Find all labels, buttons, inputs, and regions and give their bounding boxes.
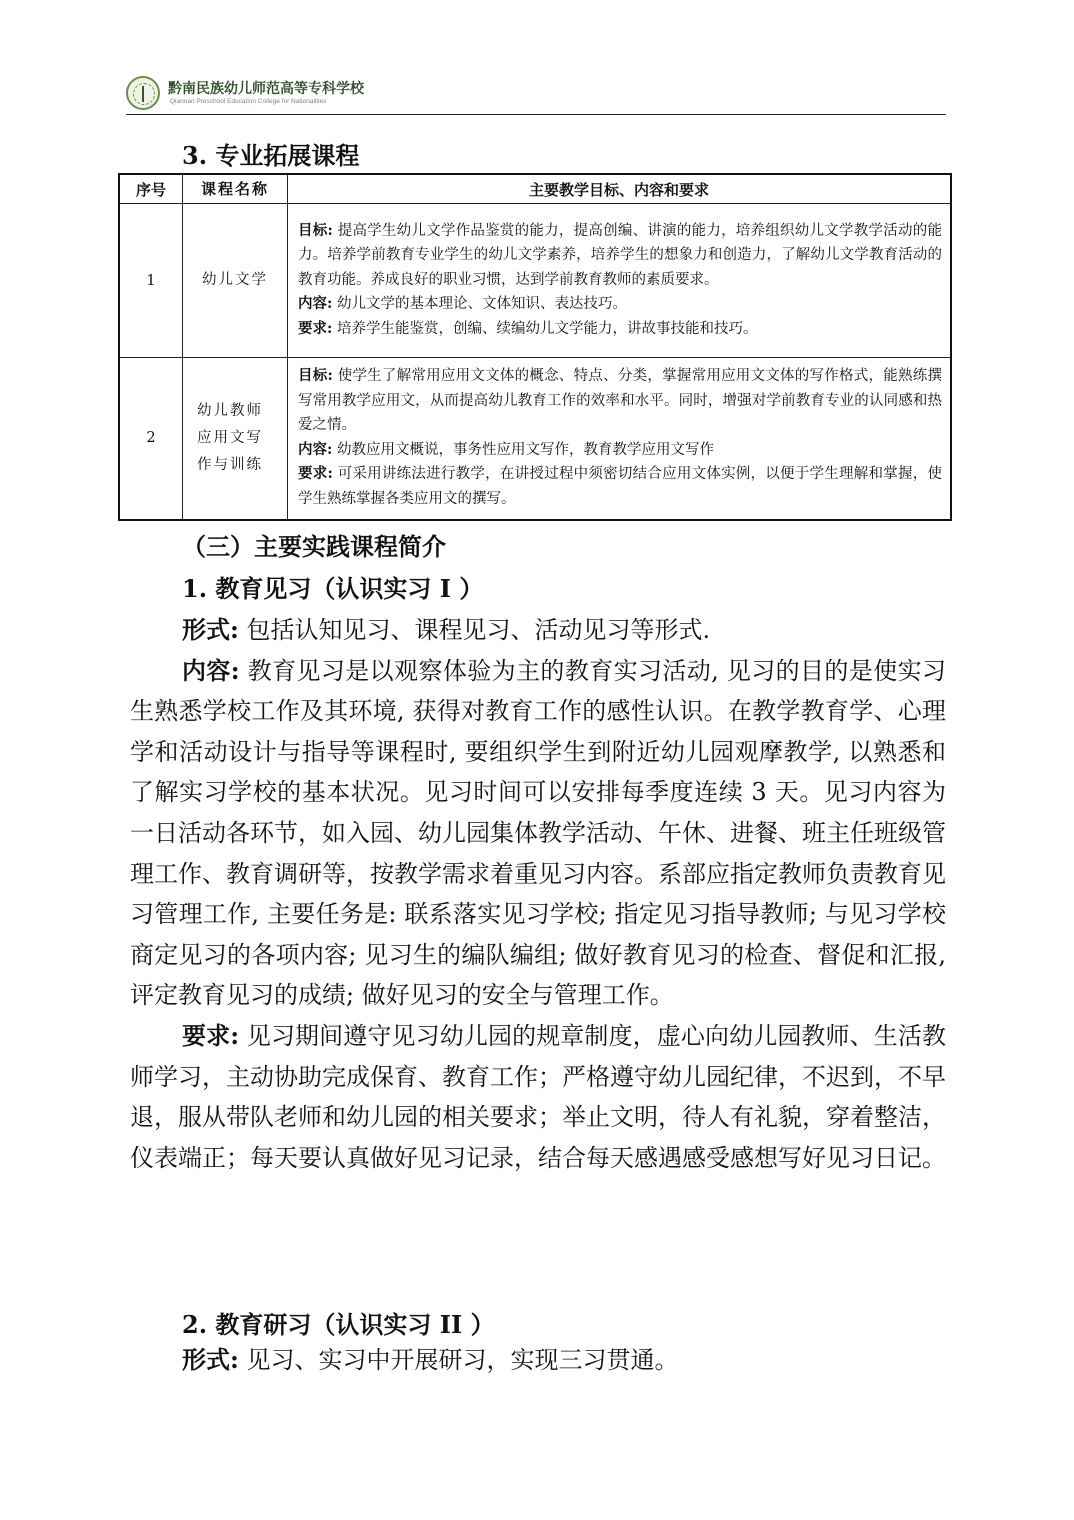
requirement-label: 要求: (298, 465, 333, 482)
goal-label: 目标: (298, 367, 333, 384)
content-text: 幼儿文学的基本理论、文体知识、表达技巧。 (332, 296, 627, 312)
requirement-text: 见习期间遵守见习幼儿园的规章制度，虚心向幼儿园教师、生活教师学习，主动协助完成保… (130, 1022, 946, 1172)
course1-form-paragraph: 形式: 包括认知见习、课程见习、活动见习等形式. (130, 610, 946, 651)
school-name-en: Qiannan Preschool Education College for … (170, 98, 326, 105)
course-description: 目标: 提高学生幼儿文学作品鉴赏的能力，提高创编、讲演的能力，培养组织幼儿文学教… (288, 204, 952, 358)
content-line: 内容: 幼儿文学的基本理论、文体知识、表达技巧。 (298, 292, 942, 317)
course-description: 目标: 使学生了解常用应用文文体的概念、特点、分类，掌握常用应用文文体的写作格式… (288, 358, 952, 520)
row-number: 1 (119, 204, 183, 358)
course1-title: 1. 教育见习（认识实习 I ） (182, 569, 483, 604)
goal-line: 目标: 提高学生幼儿文学作品鉴赏的能力，提高创编、讲演的能力，培养组织幼儿文学教… (298, 219, 942, 293)
goal-label: 目标: (298, 222, 333, 239)
content-line: 内容: 幼教应用文概说，事务性应用文写作，教育教学应用文写作 (298, 438, 942, 463)
column-header-description: 主要教学目标、内容和要求 (288, 174, 952, 204)
goal-line: 目标: 使学生了解常用应用文文体的概念、特点、分类，掌握常用应用文文体的写作格式… (298, 364, 942, 438)
requirement-label: 要求: (298, 320, 332, 337)
requirement-text: 可采用讲练法进行教学，在讲授过程中须密切结合应用文体实例，以便于学生理解和掌握，… (298, 466, 942, 507)
table-row: 2 幼儿教师应用文写作与训练 目标: 使学生了解常用应用文文体的概念、特点、分类… (119, 358, 951, 520)
table-row: 1 幼儿文学 目标: 提高学生幼儿文学作品鉴赏的能力，提高创编、讲演的能力，培养… (119, 204, 951, 358)
content-label: 内容: (298, 295, 332, 312)
school-emblem-icon (126, 76, 160, 110)
section-title-practice-courses: （三）主要实践课程简介 (182, 527, 446, 562)
page-header: 黔南民族幼儿师范高等专科学校 Qiannan Preschool Educati… (126, 72, 946, 116)
form-label: 形式: (182, 615, 239, 644)
form-label: 形式: (182, 1345, 239, 1374)
column-header-name: 课程名称 (183, 174, 288, 204)
content-label: 内容: (298, 441, 332, 458)
course-name: 幼儿教师应用文写作与训练 (183, 358, 288, 520)
header-divider (126, 114, 946, 115)
requirement-label: 要求: (182, 1021, 239, 1050)
school-name-cn: 黔南民族幼儿师范高等专科学校 (168, 78, 364, 98)
course1-content-paragraph: 内容: 教育见习是以观察体验为主的教育实习活动, 见习的目的是使实习生熟悉学校工… (130, 651, 946, 1016)
goal-text: 提高学生幼儿文学作品鉴赏的能力，提高创编、讲演的能力，培养组织幼儿文学教学活动的… (298, 223, 942, 288)
content-text: 教育见习是以观察体验为主的教育实习活动, 见习的目的是使实习生熟悉学校工作及其环… (130, 657, 946, 1010)
column-header-no: 序号 (119, 174, 183, 204)
requirement-text: 培养学生能鉴赏，创编、续编幼儿文学能力，讲故事技能和技巧。 (332, 321, 757, 337)
form-text: 见习、实习中开展研习，实现三习贯通。 (239, 1346, 679, 1374)
course-name: 幼儿文学 (183, 204, 288, 358)
row-number: 2 (119, 358, 183, 520)
course2-form-paragraph: 形式: 见习、实习中开展研习，实现三习贯通。 (130, 1340, 946, 1381)
course-table: 序号 课程名称 主要教学目标、内容和要求 1 幼儿文学 目标: 提高学生幼儿文学… (118, 173, 952, 521)
table-header-row: 序号 课程名称 主要教学目标、内容和要求 (119, 174, 951, 204)
course2-title: 2. 教育研习（认识实习 II ） (182, 1305, 495, 1340)
goal-text: 使学生了解常用应用文文体的概念、特点、分类，掌握常用应用文文体的写作格式，能熟练… (298, 368, 942, 433)
course1-body: 形式: 包括认知见习、课程见习、活动见习等形式. 内容: 教育见习是以观察体验为… (130, 610, 946, 1178)
course-name-text: 幼儿教师应用文写作与训练 (197, 398, 273, 479)
course1-requirement-paragraph: 要求: 见习期间遵守见习幼儿园的规章制度，虚心向幼儿园教师、生活教师学习，主动协… (130, 1016, 946, 1178)
requirement-line: 要求: 可采用讲练法进行教学，在讲授过程中须密切结合应用文体实例，以便于学生理解… (298, 462, 942, 511)
content-text: 幼教应用文概说，事务性应用文写作，教育教学应用文写作 (332, 442, 714, 458)
section-title-extension-courses: 3. 专业拓展课程 (182, 136, 359, 171)
course2-body: 形式: 见习、实习中开展研习，实现三习贯通。 (130, 1340, 946, 1381)
requirement-line: 要求: 培养学生能鉴赏，创编、续编幼儿文学能力，讲故事技能和技巧。 (298, 317, 942, 342)
content-label: 内容: (182, 656, 240, 685)
form-text: 包括认知见习、课程见习、活动见习等形式. (239, 616, 710, 644)
